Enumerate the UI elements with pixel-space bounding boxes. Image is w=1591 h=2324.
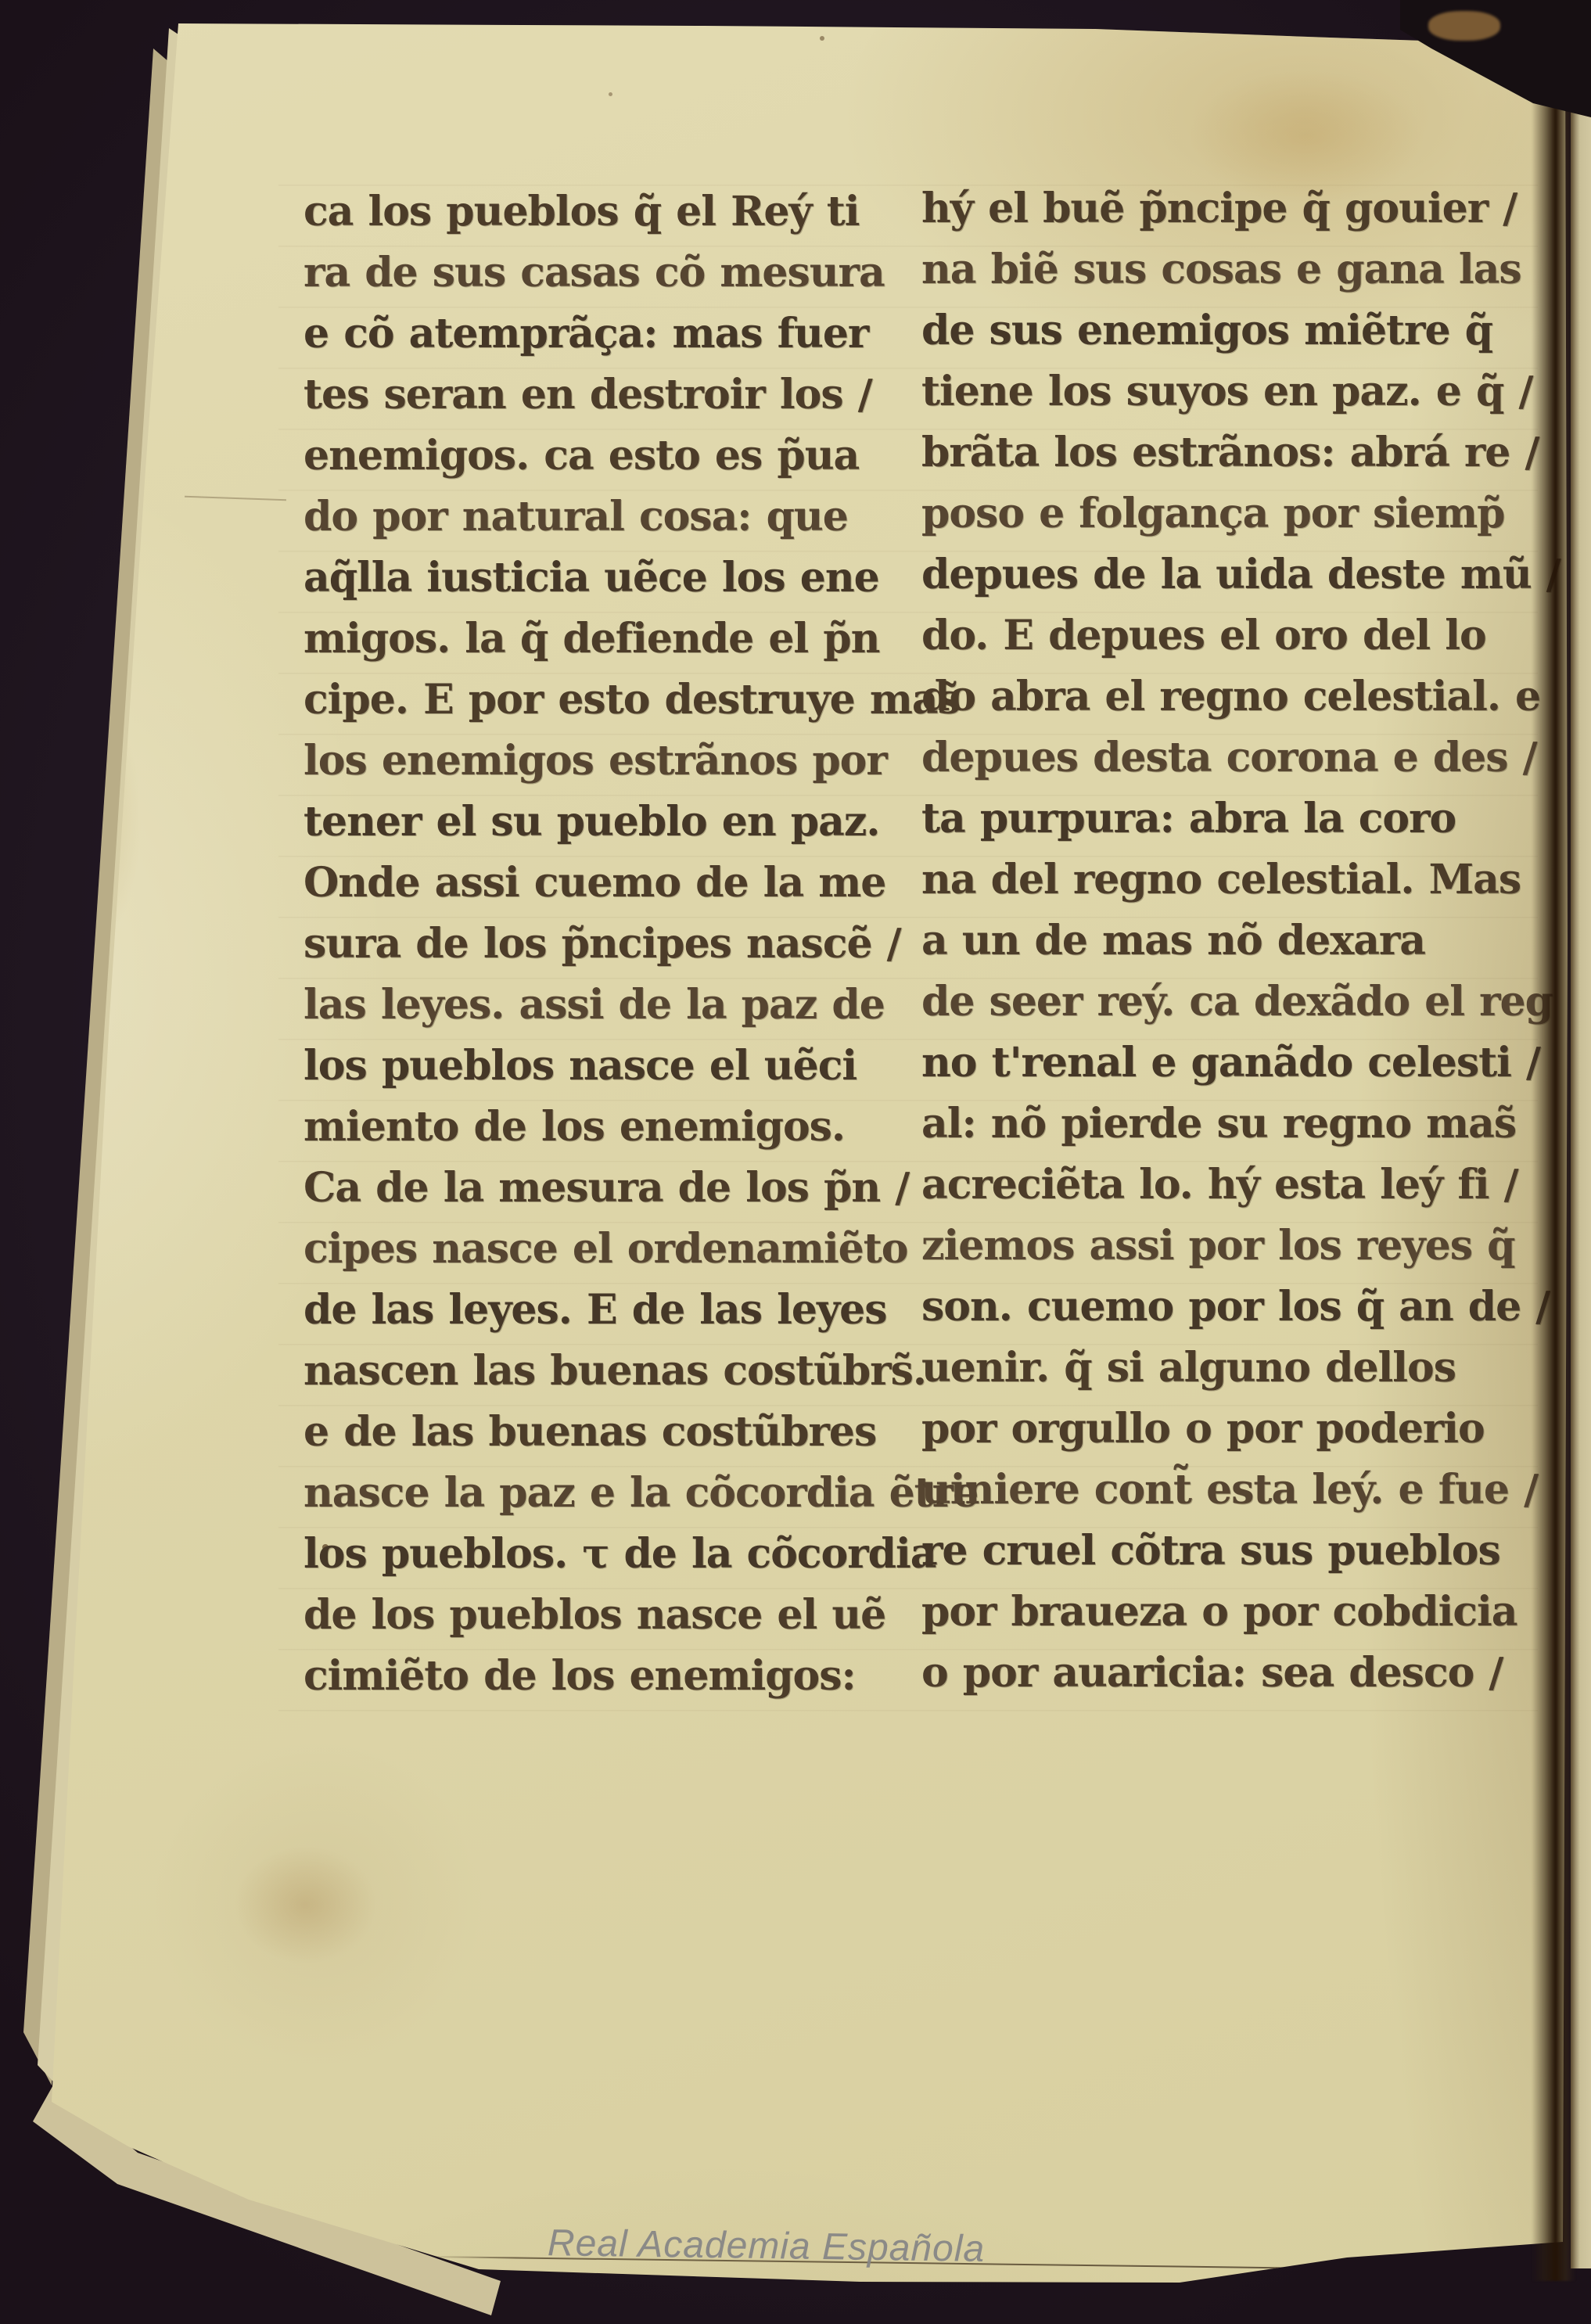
- manuscript-line: migos. la q̃ defiende el p̃n: [303, 609, 978, 670]
- manuscript-line: tiene los suyos en paz. e q̃ ∕: [921, 361, 1582, 422]
- manuscript-line: e de las buenas costũbres: [303, 1402, 978, 1463]
- manuscript-line: do por natural cosa: que: [303, 487, 978, 548]
- manuscript-line: brãta los estrãnos: abrá re ∕: [921, 422, 1582, 483]
- manuscript-line: nasce la paz e la cõcordia ẽtre: [303, 1463, 978, 1524]
- parchment-page: ca los pueblos q̃ el Reý tira de sus cas…: [0, 0, 1591, 2324]
- ink-speck: [609, 92, 612, 96]
- manuscript-line: acreciẽta lo. hý esta leý fi ∕: [921, 1155, 1582, 1216]
- manuscript-line: uiniere cont̃ esta leý. e fue ∕: [921, 1460, 1582, 1521]
- manuscript-line: poso e folgança por siemp̃: [921, 483, 1582, 544]
- manuscript-line: no t'renal e ganãdo celesti ∕: [921, 1033, 1582, 1094]
- text-column-right: hý el buẽ p̃ncipe q̃ gouier ∕na biẽ sus …: [921, 178, 1582, 1704]
- manuscript-line: de las leyes. E de las leyes: [303, 1280, 978, 1341]
- manuscript-line: na biẽ sus cosas e gana las: [921, 239, 1582, 300]
- manuscript-line: de sus enemigos miẽtre q̃: [921, 300, 1582, 361]
- manuscript-line: por braueza o por cobdicia: [921, 1582, 1582, 1643]
- manuscript-line: o por auaricia: sea desco ∕: [921, 1643, 1582, 1704]
- manuscript-line: los pueblos nasce el uẽci: [303, 1036, 978, 1097]
- manuscript-line: cipes nasce el ordenamiẽto: [303, 1219, 978, 1280]
- manuscript-line: son. cuemo por los q̃ an de ∕: [921, 1277, 1582, 1338]
- manuscript-line: ziemos assi por los reyes q̃: [921, 1216, 1582, 1277]
- manuscript-line: cipe. E por esto destruye mas̃: [303, 670, 978, 731]
- manuscript-line: ta purpura: abra la coro: [921, 788, 1582, 849]
- manuscript-line: do abra el regno celestial. e: [921, 666, 1582, 727]
- manuscript-line: tener el su pueblo en paz.: [303, 792, 978, 853]
- manuscript-scan: ca los pueblos q̃ el Reý tira de sus cas…: [0, 0, 1591, 2324]
- manuscript-line: aq̃lla iusticia uẽce los ene: [303, 548, 978, 609]
- manuscript-line: los enemigos estrãnos por: [303, 731, 978, 792]
- manuscript-line: al: nõ pierde su regno mas̃: [921, 1094, 1582, 1155]
- manuscript-line: tes seran en destroir los ∕: [303, 365, 978, 426]
- manuscript-line: hý el buẽ p̃ncipe q̃ gouier ∕: [921, 178, 1582, 239]
- ink-speck: [114, 781, 121, 788]
- manuscript-line: de los pueblos nasce el uẽ: [303, 1585, 978, 1646]
- manuscript-line: de seer reý. ca dexãdo el reg ∕: [921, 972, 1582, 1033]
- manuscript-line: ca los pueblos q̃ el Reý ti: [303, 181, 978, 242]
- text-column-left: ca los pueblos q̃ el Reý tira de sus cas…: [303, 181, 978, 1707]
- manuscript-line: miento de los enemigos.: [303, 1097, 978, 1158]
- manuscript-line: na del regno celestial. Mas: [921, 849, 1582, 911]
- ink-speck: [820, 36, 824, 41]
- manuscript-line: cimiẽto de los enemigos:: [303, 1646, 978, 1707]
- manuscript-line: uenir. q̃ si alguno dellos: [921, 1338, 1582, 1399]
- manuscript-line: por orgullo o por poderio: [921, 1399, 1582, 1460]
- manuscript-line: e cõ atemprãça: mas fuer: [303, 304, 978, 365]
- manuscript-line: Ca de la mesura de los p̃n ∕: [303, 1158, 978, 1219]
- manuscript-line: nascen las buenas costũbrs̃.: [303, 1341, 978, 1402]
- manuscript-line: los pueblos. τ de la cõcordia: [303, 1524, 978, 1585]
- binding-fragment: [1428, 11, 1500, 41]
- manuscript-line: enemigos. ca esto es p̃ua: [303, 426, 978, 487]
- manuscript-line: depues desta corona e des ∕: [921, 727, 1582, 788]
- manuscript-line: las leyes. assi de la paz de: [303, 975, 978, 1036]
- book-gutter: [1532, 44, 1575, 2281]
- manuscript-line: Onde assi cuemo de la me: [303, 853, 978, 914]
- manuscript-line: a un de mas nõ dexara: [921, 911, 1582, 972]
- manuscript-line: do. E depues el oro del lo: [921, 605, 1582, 666]
- manuscript-line: ra de sus casas cõ mesura: [303, 242, 978, 304]
- manuscript-line: depues de la uida deste mũ ∕: [921, 544, 1582, 605]
- manuscript-line: sura de los p̃ncipes nascẽ ∕: [303, 914, 978, 975]
- manuscript-line: re cruel cõtra sus pueblos: [921, 1521, 1582, 1582]
- watermark-text: Real Academia Española: [548, 2222, 986, 2271]
